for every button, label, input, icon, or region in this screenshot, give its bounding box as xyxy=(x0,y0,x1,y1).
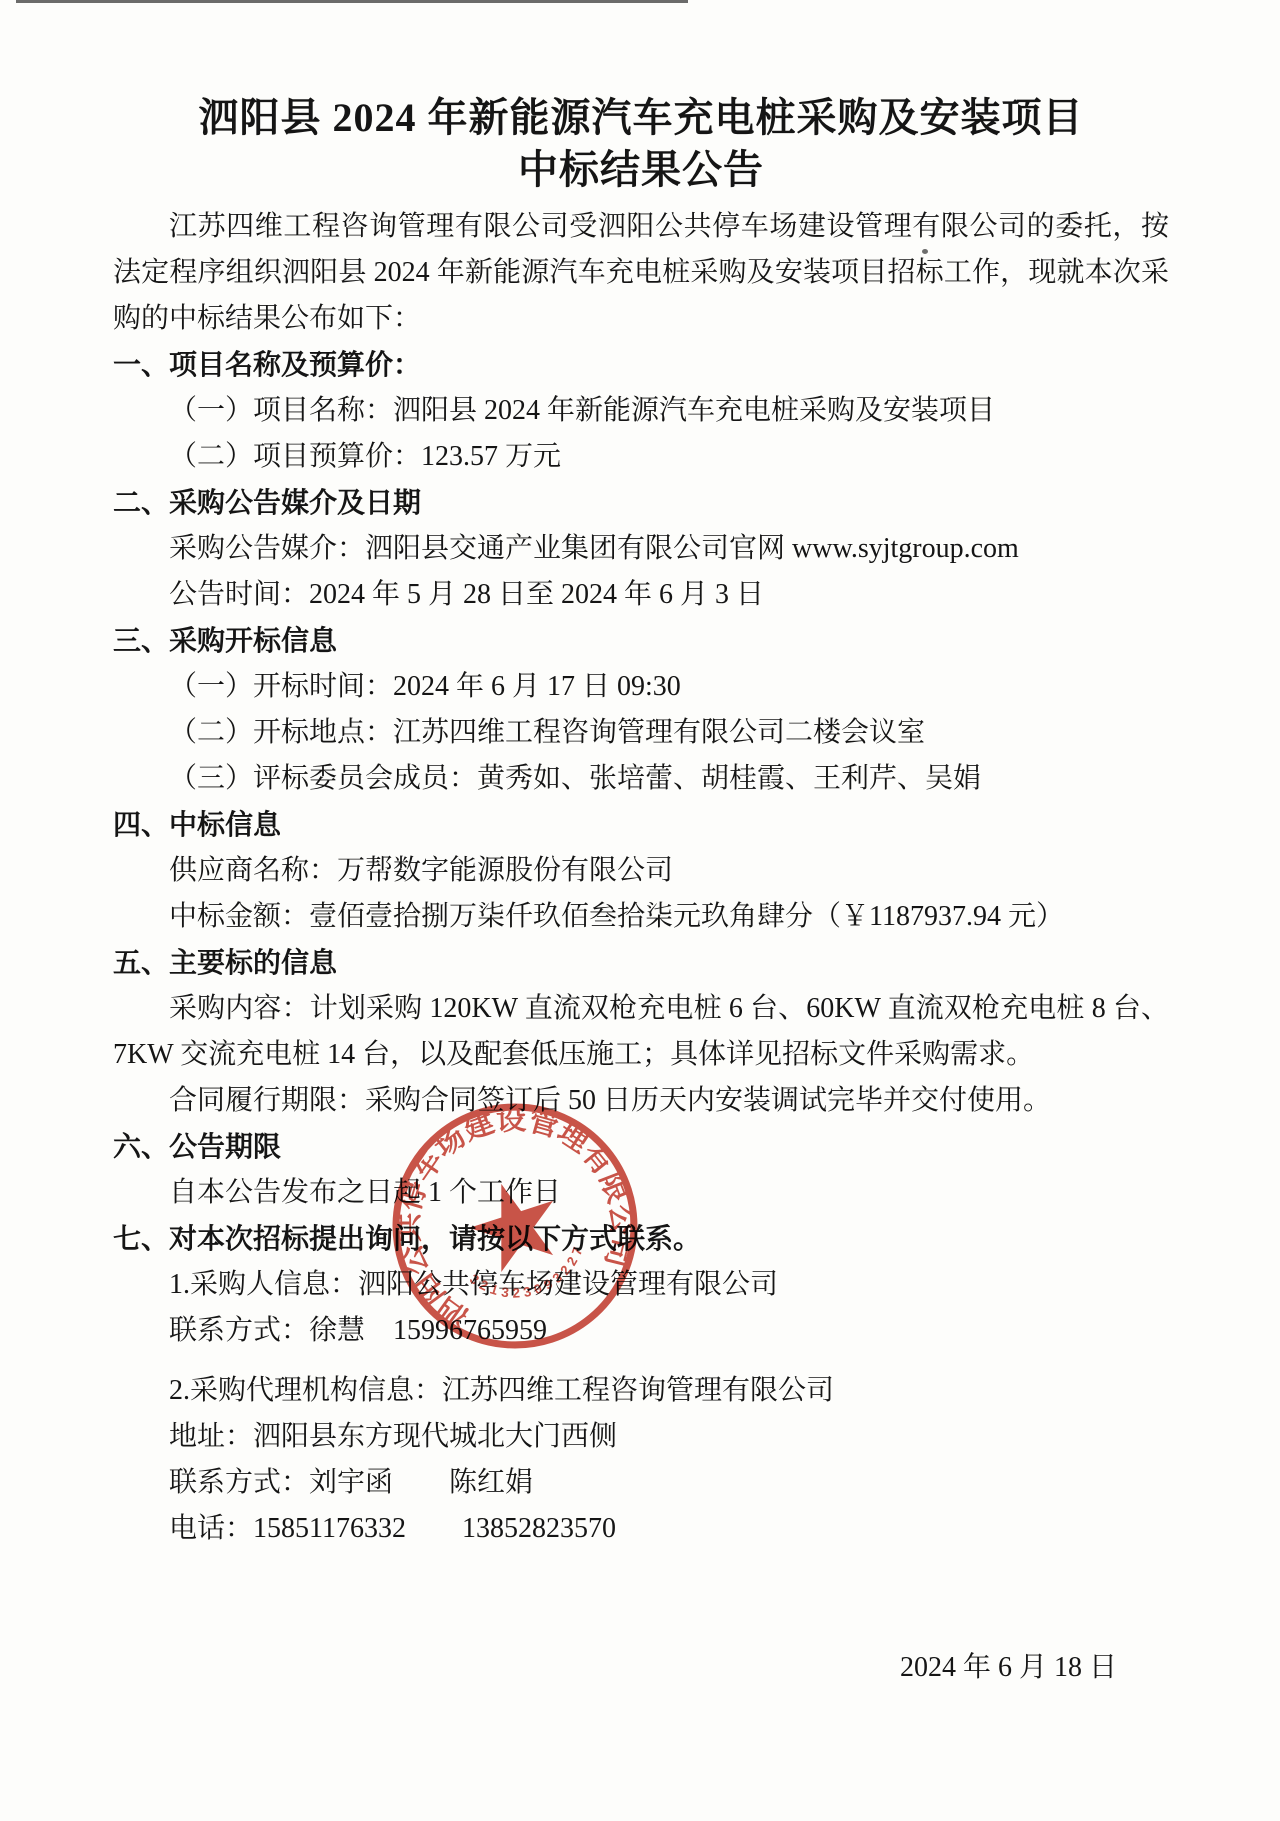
section-7-line-2: 联系方式：徐慧 15996765959 xyxy=(113,1308,1169,1354)
doc-title-line1: 泗阳县 2024 年新能源汽车充电桩采购及安装项目 xyxy=(113,92,1169,144)
section-7-line-4: 地址：泗阳县东方现代城北大门西侧 xyxy=(113,1414,1169,1460)
section-3-line-3: （三）评标委员会成员：黄秀如、张培蕾、胡桂霞、王利芹、吴娟 xyxy=(113,756,1169,802)
section-5-paragraph: 采购内容：计划采购 120KW 直流双枪充电桩 6 台、60KW 直流双枪充电桩… xyxy=(113,986,1169,1078)
section-2-heading: 二、采购公告媒介及日期 xyxy=(113,480,1169,526)
doc-date: 2024 年 6 月 18 日 xyxy=(900,1648,1117,1688)
section-4-line-1: 供应商名称：万帮数字能源股份有限公司 xyxy=(113,848,1169,894)
section-7-line-5: 联系方式：刘宇函 陈红娟 xyxy=(113,1460,1169,1506)
section-3-line-1: （一）开标时间：2024 年 6 月 17 日 09:30 xyxy=(113,664,1169,710)
scanned-document-page: 泗阳县 2024 年新能源汽车充电桩采购及安装项目 中标结果公告 江苏四维工程咨… xyxy=(0,0,1280,1821)
section-6-line-1: 自本公告发布之日起 1 个工作日 xyxy=(113,1170,1169,1216)
section-1-heading: 一、项目名称及预算价： xyxy=(113,342,1169,388)
section-1-line-1: （一）项目名称：泗阳县 2024 年新能源汽车充电桩采购及安装项目 xyxy=(113,388,1169,434)
section-4-line-2: 中标金额：壹佰壹拾捌万柒仟玖佰叁拾柒元玖角肆分（￥1187937.94 元） xyxy=(113,894,1169,940)
doc-title-line2: 中标结果公告 xyxy=(113,144,1169,196)
document-body: 泗阳县 2024 年新能源汽车充电桩采购及安装项目 中标结果公告 江苏四维工程咨… xyxy=(113,0,1169,1552)
section-4-heading: 四、中标信息 xyxy=(113,802,1169,848)
section-2-line-2: 公告时间：2024 年 5 月 28 日至 2024 年 6 月 3 日 xyxy=(113,572,1169,618)
section-7-heading: 七、对本次招标提出询问，请按以下方式联系。 xyxy=(113,1216,1169,1262)
section-7-line-1: 1.采购人信息：泗阳公共停车场建设管理有限公司 xyxy=(113,1262,1169,1308)
intro-paragraph: 江苏四维工程咨询管理有限公司受泗阳公共停车场建设管理有限公司的委托，按法定程序组… xyxy=(113,204,1169,342)
section-3-heading: 三、采购开标信息 xyxy=(113,618,1169,664)
section-7-line-6: 电话：15851176332 13852823570 xyxy=(113,1506,1169,1552)
section-3-line-2: （二）开标地点：江苏四维工程咨询管理有限公司二楼会议室 xyxy=(113,710,1169,756)
section-2-line-1: 采购公告媒介：泗阳县交通产业集团有限公司官网 www.syjtgroup.com xyxy=(113,526,1169,572)
section-5-heading: 五、主要标的信息 xyxy=(113,940,1169,986)
section-6-heading: 六、公告期限 xyxy=(113,1124,1169,1170)
section-1-line-2: （二）项目预算价：123.57 万元 xyxy=(113,434,1169,480)
section-5-line-1: 合同履行期限：采购合同签订后 50 日历天内安装调试完毕并交付使用。 xyxy=(113,1078,1169,1124)
section-7-line-3: 2.采购代理机构信息：江苏四维工程咨询管理有限公司 xyxy=(113,1368,1169,1414)
